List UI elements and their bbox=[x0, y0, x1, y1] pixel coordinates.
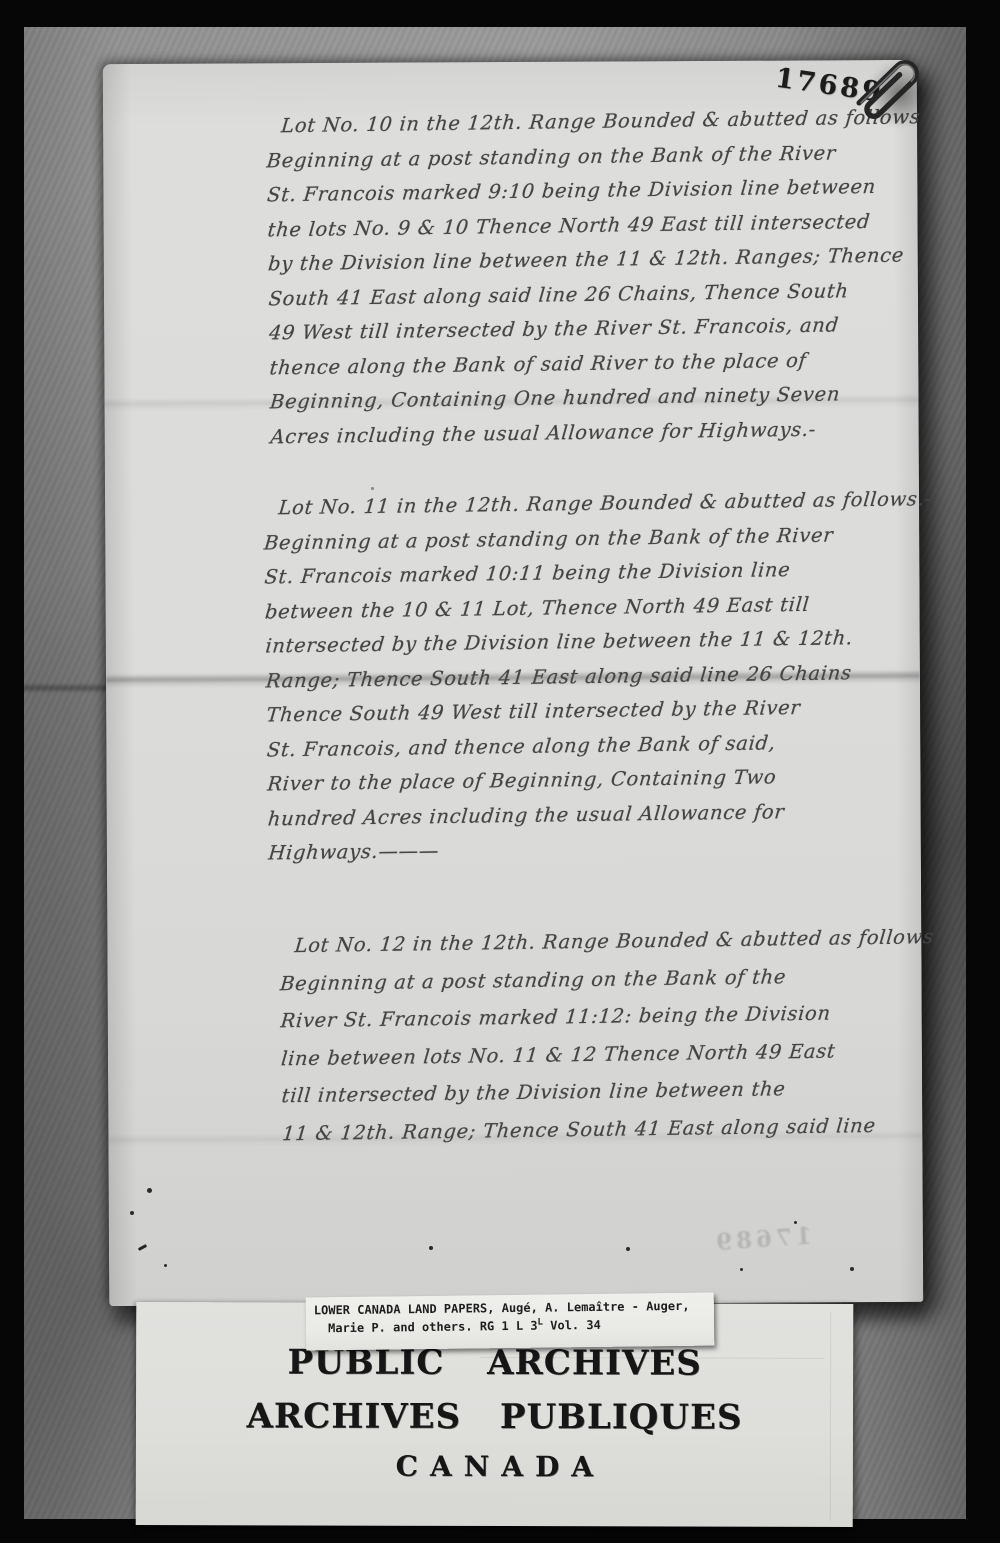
ink-speck bbox=[626, 1247, 630, 1251]
ink-speck bbox=[740, 1268, 743, 1271]
label-line-2: Marie P. and others. RG 1 L 3L Vol. 34 bbox=[314, 1314, 714, 1337]
ink-speck bbox=[794, 1221, 797, 1224]
handwritten-text: Lot No. 10 in the 12th. Range Bounded & … bbox=[97, 56, 928, 1309]
fold-shadow bbox=[24, 683, 116, 693]
paragraph-lot-10: Lot No. 10 in the 12th. Range Bounded & … bbox=[266, 100, 911, 454]
ink-speck bbox=[429, 1246, 433, 1250]
ink-speck bbox=[371, 487, 374, 490]
paperclip-icon bbox=[856, 44, 946, 140]
manuscript-page: Lot No. 10 in the 12th. Range Bounded & … bbox=[103, 60, 923, 1306]
ink-speck bbox=[850, 1267, 854, 1271]
archives-stamp-line-en: PUBLIC ARCHIVES bbox=[136, 1342, 853, 1384]
archival-photograph: { "photo": { "stamp_number": "17689", "b… bbox=[0, 0, 1000, 1543]
ink-speck bbox=[130, 1211, 134, 1215]
typed-archive-label: LOWER CANADA LAND PAPERS, Augé, A. Lemaî… bbox=[306, 1293, 715, 1351]
archives-stamp-line-canada: CANADA bbox=[136, 1449, 853, 1484]
paragraph-lot-12: Lot No. 12 in the 12th. Range Bounded & … bbox=[279, 918, 922, 1152]
archives-stamp-line-fr: ARCHIVES PUBLIQUES bbox=[136, 1396, 853, 1438]
ink-speck bbox=[164, 1264, 167, 1267]
paragraph-lot-11: Lot No. 11 in the 12th. Range Bounded & … bbox=[263, 483, 908, 871]
ink-speck bbox=[147, 1188, 152, 1193]
